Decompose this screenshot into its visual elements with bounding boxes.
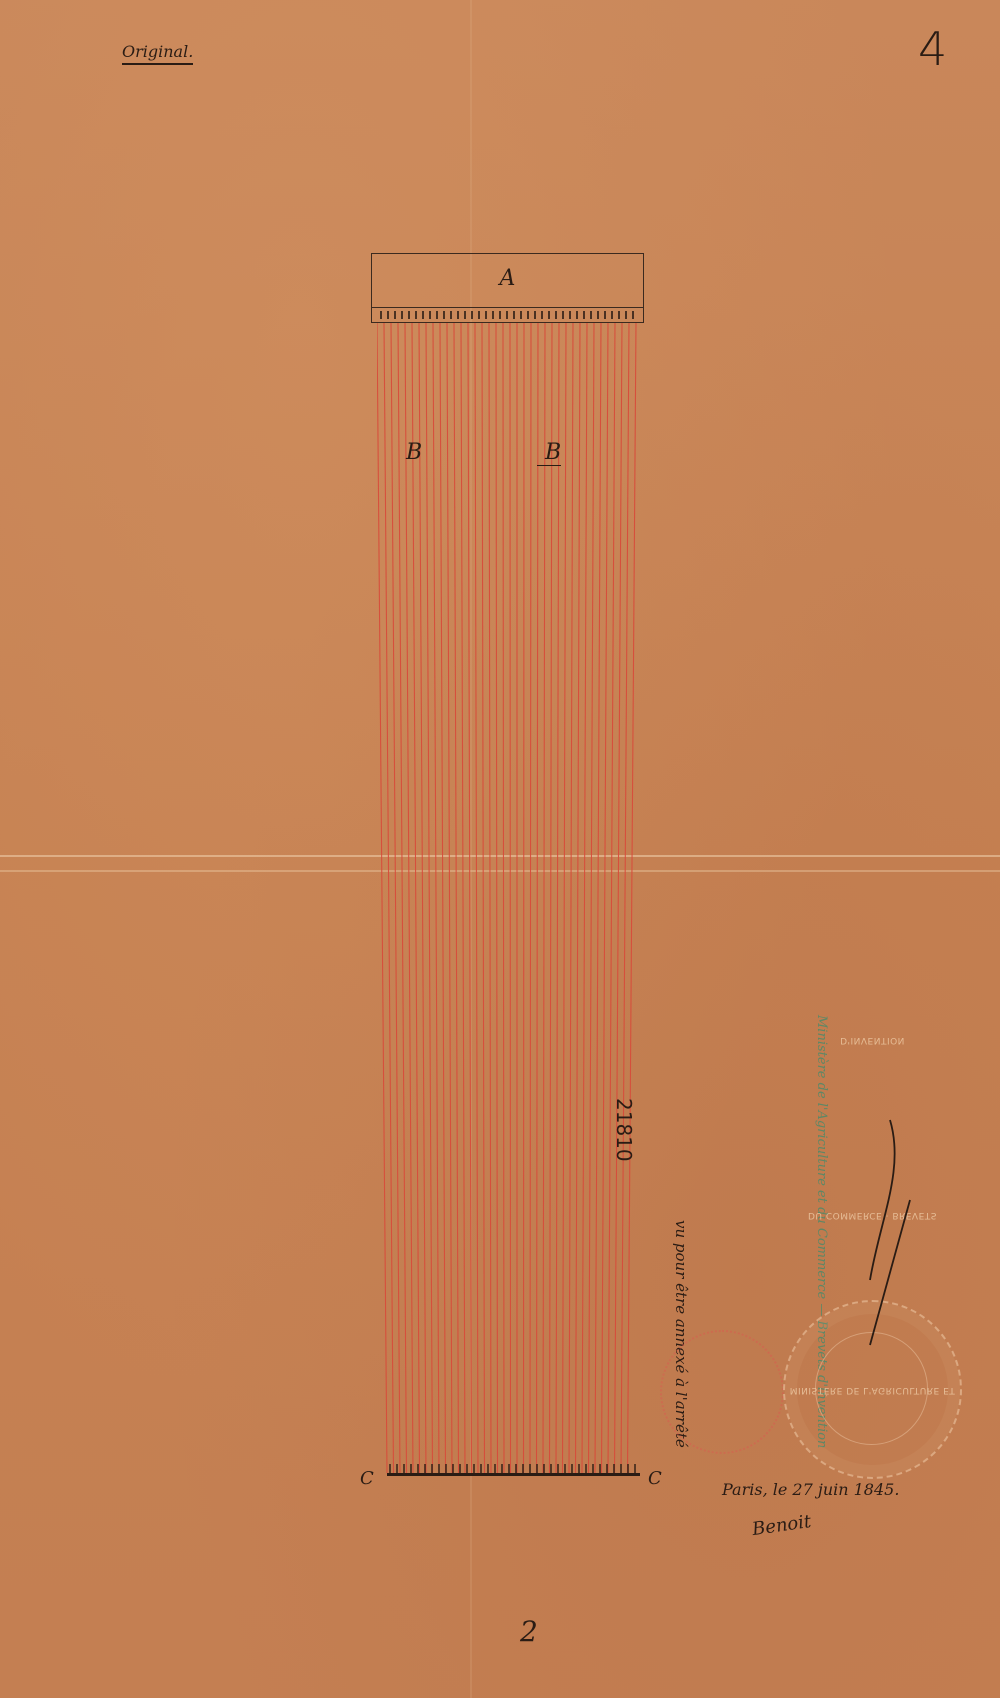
label-c-right: C (648, 1468, 662, 1489)
vertical-registration-number: 21810 (612, 1098, 636, 1162)
label-a: A (372, 266, 643, 291)
red-warp-lines (377, 323, 639, 1473)
page-number: 4 (918, 22, 947, 76)
signature-flourish-icon (850, 1110, 930, 1350)
comb-teeth-icon (372, 308, 645, 323)
label-b-left: B (406, 440, 422, 465)
label-c-left: C (360, 1468, 374, 1489)
bottom-mark: 2 (520, 1615, 538, 1648)
red-faded-stamp (660, 1330, 784, 1454)
signature-name: Benoit (751, 1511, 813, 1540)
comb-teeth-top (371, 308, 644, 323)
label-b-right: B (537, 440, 561, 466)
signature-place-date: Paris, le 27 juin 1845. (722, 1480, 899, 1499)
original-label: Original. (122, 42, 193, 65)
box-a: A (371, 253, 644, 308)
bottom-comb-teeth-icon (387, 1462, 640, 1474)
